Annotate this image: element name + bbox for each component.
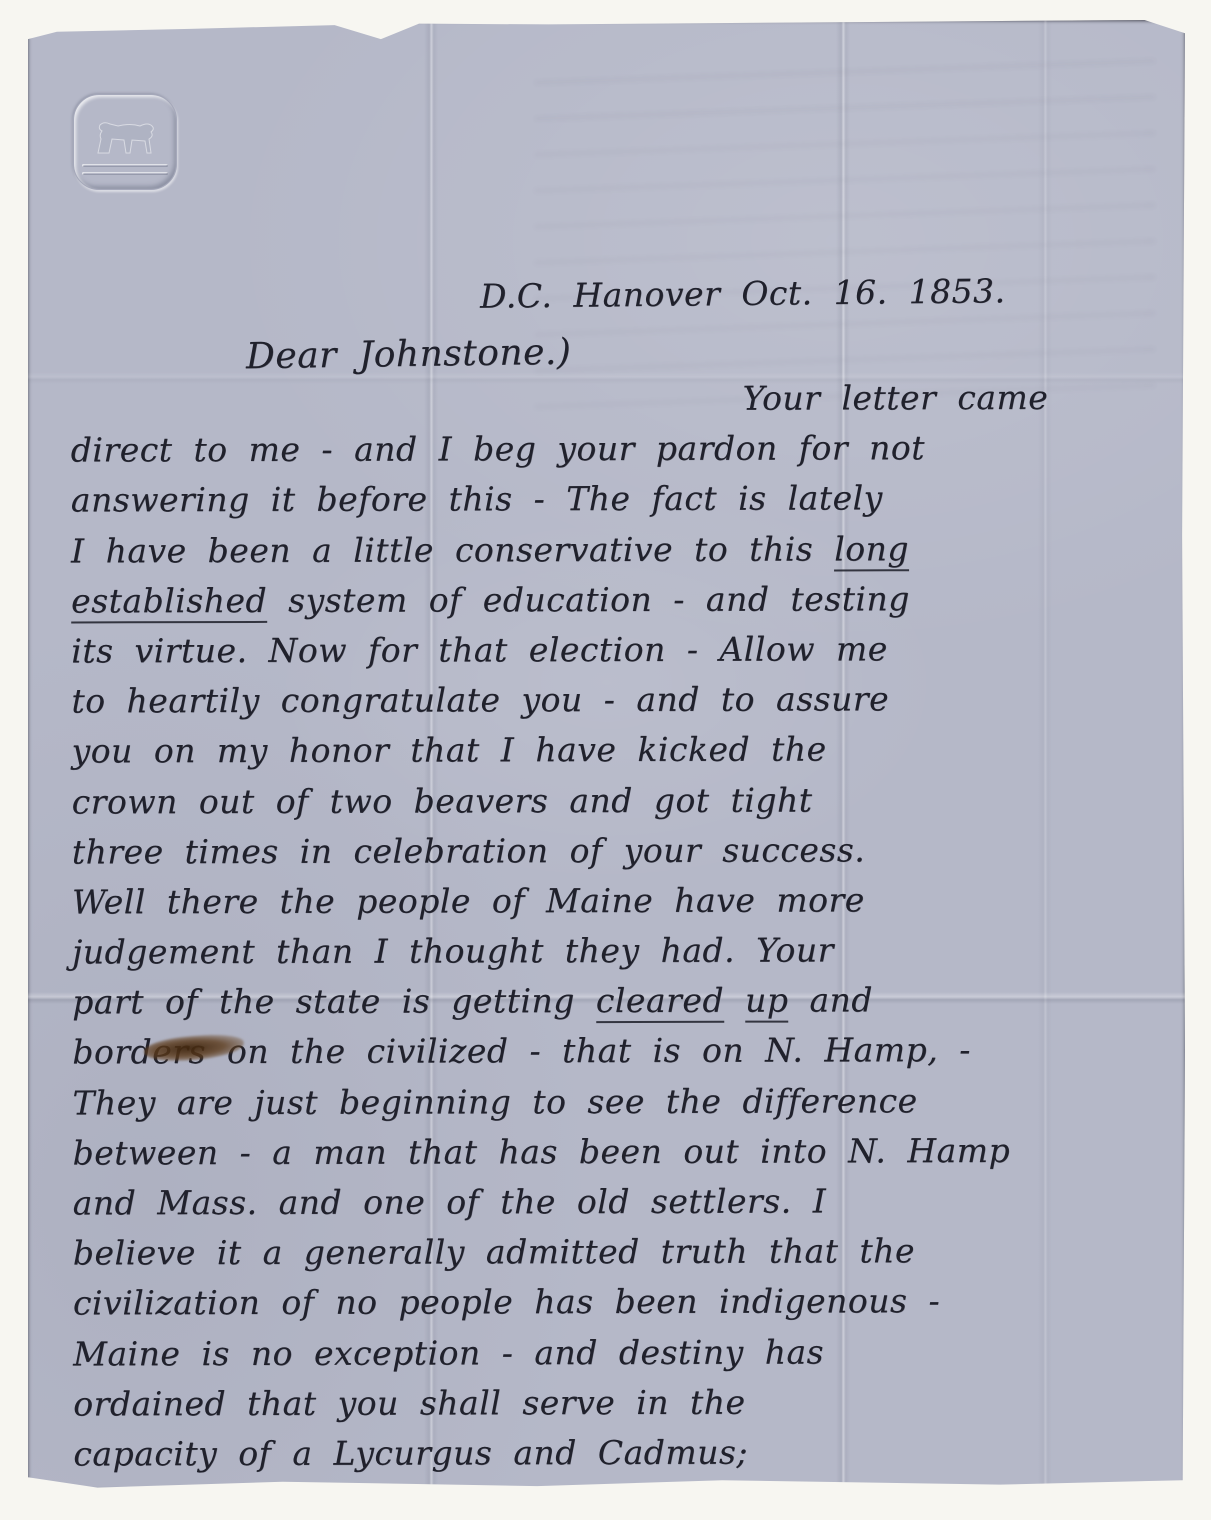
bleed-through-ghosting [535,50,1155,410]
letter-line: crown out of two beavers and got tight [72,774,1177,827]
letter-line: ordained that you shall serve in the [73,1376,1178,1429]
seal-rule-line [82,172,168,175]
letter-line: Your letter came [743,373,1176,424]
letter-line: I have been a little conservative to thi… [71,523,1176,576]
letter-body: Your letter camedirect to me - and I beg… [71,373,1179,1480]
letter-line: civilization of no people has been indig… [73,1276,1178,1329]
letter-line: and Mass. and one of the old settlers. I [73,1176,1178,1229]
embossed-seal-icon [73,94,177,190]
seal-rule-line [82,164,168,167]
letter-line: borders on the civilized - that is on N.… [72,1025,1177,1078]
letter-line: three times in celebration of your succe… [72,824,1177,877]
letter-line: direct to me - and I beg your pardon for… [71,423,1176,476]
letter-paper: D.C. Hanover Oct. 16. 1853. Dear Johnsto… [28,20,1185,1492]
letter-line: answering it before this - The fact is l… [71,473,1176,526]
letter-line: between - a man that has been out into N… [73,1125,1178,1178]
salutation: Dear Johnstone.) [246,332,572,378]
letter-line: you on my honor that I have kicked the [71,724,1176,777]
letter-line: part of the state is getting cleared up … [72,975,1177,1028]
dateline: D.C. Hanover Oct. 16. 1853. [480,271,1006,316]
letter-line: to heartily congratulate you - and to as… [71,674,1176,727]
letter-line: They are just beginning to see the diffe… [72,1075,1177,1128]
letter-line: judgement than I thought they had. Your [72,925,1177,978]
letter-line: Well there the people of Maine have more [72,874,1177,927]
letter-line: believe it a generally admitted truth th… [73,1226,1178,1279]
letter-line: capacity of a Lycurgus and Cadmus; [73,1426,1178,1479]
letter-line: Maine is no exception - and destiny has [73,1326,1178,1379]
seal-animal-figure [88,113,162,159]
letter-line: established system of education - and te… [71,573,1176,626]
scan-background: { "document": { "kind": "handwritten-let… [0,0,1211,1520]
letter-line: its virtue. Now for that election - Allo… [71,623,1176,676]
